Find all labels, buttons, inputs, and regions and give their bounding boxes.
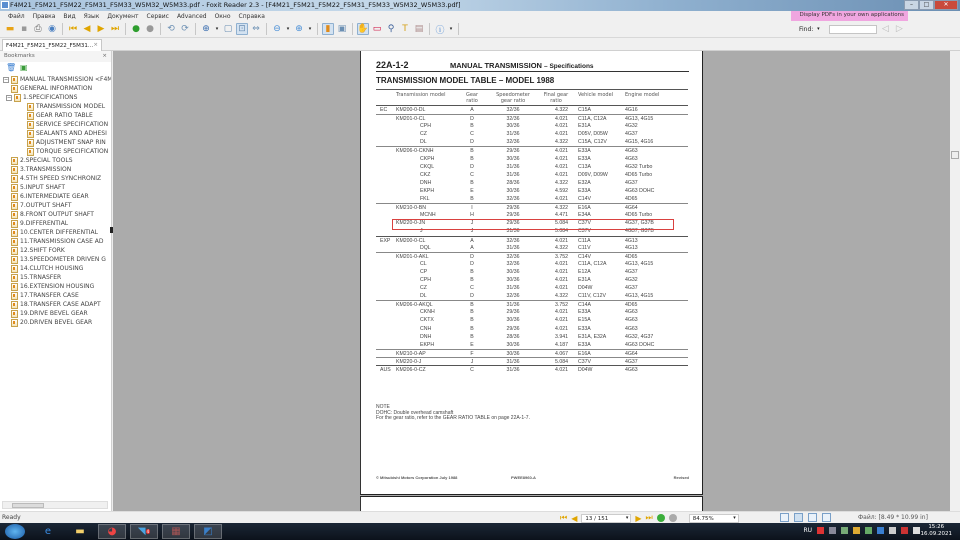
cell-vehicle: C14V — [578, 196, 591, 202]
chrome-icon[interactable]: ◕ — [98, 524, 126, 539]
cell-sub: CL — [420, 261, 427, 267]
clock[interactable]: 15:26 16.09.2021 — [921, 524, 953, 538]
cell-gear: B — [466, 148, 478, 154]
cell-engine: 4G32 — [625, 123, 638, 129]
continuous-page-icon[interactable] — [794, 513, 803, 522]
cell-gear: A — [466, 107, 478, 113]
table-row: KM206-0-CKNHB29/364.021E33A4G63 — [376, 146, 688, 154]
table-row: CZC31/364.021D05V, D05W4G37 — [376, 130, 688, 138]
bookmark-icon — [11, 292, 18, 300]
bookmark-item[interactable]: 8.FRONT OUTPUT SHAFT — [3, 210, 111, 219]
bookmark-item[interactable]: 9.DIFFERENTIAL — [3, 219, 111, 228]
cell-sub: CKZ — [420, 172, 430, 178]
bookmark-item[interactable]: TRANSMISSION MODEL — [3, 102, 111, 111]
cell-vehicle: E32A — [578, 180, 591, 186]
col-final-gear: Final gear ratio — [542, 92, 570, 104]
cell-final: 4.021 — [546, 156, 568, 162]
cell-speedo: 30/36 — [501, 351, 525, 357]
cell-speedo: 29/36 — [501, 326, 525, 332]
zoom-out-circle-icon[interactable]: ⊖ — [271, 23, 283, 35]
cell-vehicle: E34A — [578, 212, 591, 218]
zoom-in-icon[interactable]: ⊕ — [200, 23, 212, 35]
bookmark-tree: − MANUAL TRANSMISSION <F4M GENERAL INFOR… — [0, 75, 111, 327]
cell-vehicle: E33A — [578, 188, 591, 194]
cell-engine: 4D65 — [625, 254, 637, 260]
cell-sub: CPH — [420, 277, 431, 283]
bookmark-icon — [11, 265, 18, 273]
cell-final: 4.322 — [546, 180, 568, 186]
cell-engine: 4G15, 4G16 — [625, 139, 653, 145]
cell-gear: D — [466, 116, 478, 122]
cell-vehicle: D05V, D05W — [578, 131, 608, 137]
chevron-down-icon[interactable]: ▾ — [285, 23, 291, 35]
bookmark-item[interactable]: 15.TRNASFER — [3, 273, 111, 282]
page-title: MANUAL TRANSMISSION – Specifications — [450, 61, 594, 70]
bookmark-icon — [11, 229, 18, 237]
email-icon[interactable]: ◉ — [46, 23, 58, 35]
bookmark-icon — [11, 76, 18, 84]
cell-engine: 4G37 — [625, 285, 638, 291]
col-vehicle-model: Vehicle model — [578, 92, 618, 98]
cell-model: KM201-0-AKL — [396, 254, 429, 260]
rotate-left-icon[interactable]: ⟲ — [165, 23, 177, 35]
cell-final: 4.021 — [546, 326, 568, 332]
cell-engine: 4G37 — [625, 180, 638, 186]
collapse-icon[interactable]: − — [6, 95, 12, 101]
cell-gear: B — [466, 302, 478, 308]
cell-vehicle: C15A, C12V — [578, 139, 607, 145]
delete-bookmark-icon[interactable]: 🗑 — [6, 64, 14, 72]
cell-model: KM201-0-CL — [396, 116, 425, 122]
cell-gear: B — [466, 309, 478, 315]
table-row: KM201-0-CLD32/364.021C11A, C12A4G13, 4G1… — [376, 114, 688, 122]
cell-speedo: 31/36 — [501, 359, 525, 365]
image-icon[interactable]: ▤ — [413, 23, 425, 35]
add-bookmark-icon[interactable]: ▣ — [20, 64, 28, 72]
go-back-icon[interactable] — [657, 514, 665, 522]
cell-speedo: 30/36 — [501, 277, 525, 283]
action-center-icon — [901, 527, 908, 534]
bookmark-item[interactable]: 17.TRANSFER CASE — [3, 291, 111, 300]
cell-vehicle: C11A, C12A — [578, 261, 606, 267]
cell-model: KM206-0-AKQL — [396, 302, 433, 308]
collapse-icon[interactable]: − — [3, 77, 9, 83]
start-button[interactable] — [5, 524, 25, 539]
transmission-model-table: Transmission model Gear ratio Speedomete… — [376, 89, 688, 373]
document-tab[interactable]: F4M21_F5M21_F5M22_F5M31... × — [2, 39, 102, 51]
table-row: EKPHE30/364.187E33A4G63 DOHC — [376, 341, 688, 349]
cell-model: KM200-0-DL — [396, 107, 425, 113]
cell-gear: C — [466, 172, 478, 178]
bookmarks-hscrollbar[interactable] — [2, 501, 108, 509]
bookmark-item[interactable]: 13.SPEEDOMETER DRIVEN G — [3, 255, 111, 264]
go-back-icon[interactable]: ● — [130, 23, 142, 35]
menu-window[interactable]: Окно — [211, 13, 235, 20]
cell-vehicle: C11V, C12V — [578, 293, 606, 299]
internet-explorer-icon[interactable]: e — [34, 524, 62, 539]
first-page-icon[interactable]: ⏮ — [560, 513, 567, 523]
status-text: Ready — [2, 514, 21, 521]
bookmark-icon — [11, 211, 18, 219]
cell-speedo: 31/36 — [501, 302, 525, 308]
single-page-icon[interactable] — [780, 513, 789, 522]
cell-vehicle: D04W — [578, 367, 592, 373]
close-tab-icon[interactable]: × — [93, 42, 98, 48]
cell-final: 4.322 — [546, 293, 568, 299]
typewriter-icon[interactable]: ▭ — [371, 23, 383, 35]
cell-engine: 4G63 — [625, 156, 638, 162]
hand-icon[interactable]: ✋ — [357, 23, 369, 35]
bookmarks-header: Bookmarks × — [0, 51, 111, 62]
windows-taskbar: e ▬ ◕ ◥4 ▦ ◩ RU 15:26 16.09.2021 — [0, 523, 960, 540]
bookmark-item[interactable]: ADJUSTMENT SNAP RIN — [3, 138, 111, 147]
cell-final: 4.021 — [546, 269, 568, 275]
promo-banner[interactable]: Display PDFs in your own applications — [791, 11, 908, 21]
bookmark-item[interactable]: GENERAL INFORMATION — [3, 84, 111, 93]
bookmark-item[interactable]: 4.5TH SPEED SYNCHRONIZ — [3, 174, 111, 183]
cell-final: 4.592 — [546, 188, 568, 194]
cell-sub: DL — [420, 293, 427, 299]
bookmark-item[interactable]: 11.TRANSMISSION CASE AD — [3, 237, 111, 246]
zoom-in-circle-icon[interactable]: ⊕ — [293, 23, 305, 35]
cell-final: 3.752 — [546, 302, 568, 308]
menu-file[interactable]: Файл — [4, 13, 29, 20]
table-row: DNHB28/364.322E32A4G37 — [376, 179, 688, 187]
cell-final: 4.187 — [546, 342, 568, 348]
bookmark-icon — [27, 112, 34, 120]
cell-vehicle: E31A — [578, 277, 591, 283]
cell-speedo: 31/36 — [501, 245, 525, 251]
table-row: DLD32/364.322C11V, C12V4G13, 4G15 — [376, 292, 688, 300]
fit-page-icon[interactable]: ▢ — [222, 23, 234, 35]
cell-gear: A — [466, 238, 478, 244]
cell-model: KM210-0-BN — [396, 205, 426, 211]
cell-sub: DNH — [420, 334, 431, 340]
facing-page-icon[interactable] — [808, 513, 817, 522]
cell-gear: I — [466, 205, 478, 211]
next-page-icon[interactable]: ▶ — [635, 514, 641, 523]
col-speedometer: Speedometer gear ratio — [494, 92, 532, 104]
chevron-down-icon[interactable]: ▾ — [214, 23, 220, 35]
tray-app-icon — [877, 527, 884, 534]
bookmark-icon — [11, 202, 18, 210]
cell-vehicle: E33A — [578, 148, 591, 154]
text-icon[interactable]: T — [399, 23, 411, 35]
winrar-icon[interactable]: ▦ — [162, 524, 190, 539]
find-prev-icon[interactable]: ◁ — [879, 23, 891, 35]
cell-gear: D — [466, 254, 478, 260]
cell-region: AUS — [380, 367, 391, 373]
find-input[interactable] — [829, 25, 877, 34]
bookmark-icon — [11, 220, 18, 228]
bookmark-item[interactable]: −1.SPECIFICATIONS — [3, 93, 111, 102]
select-text-icon[interactable]: ▮ — [322, 23, 334, 35]
bookmark-icon — [11, 283, 18, 291]
continuous-facing-icon[interactable] — [822, 513, 831, 522]
cell-speedo: 29/36 — [501, 205, 525, 211]
bookmark-item[interactable]: TORQUE SPECIFICATION — [3, 147, 111, 156]
cell-speedo: 32/36 — [501, 293, 525, 299]
cell-speedo: 29/36 — [501, 309, 525, 315]
bookmark-item[interactable]: 18.TRANSFER CASE ADAPT — [3, 300, 111, 309]
cell-final: 4.021 — [546, 116, 568, 122]
cell-engine: 4G63 — [625, 148, 638, 154]
cell-sub: CKTX — [420, 317, 434, 323]
bookmark-item[interactable]: 16.EXTENSION HOUSING — [3, 282, 111, 291]
tray-app-icon — [865, 527, 872, 534]
cell-gear: B — [466, 156, 478, 162]
cell-final: 5.084 — [546, 359, 568, 365]
cell-sub: DQL — [420, 245, 431, 251]
table-row: CKZC31/364.021D09V, D09W4D65 Turbo — [376, 171, 688, 179]
cell-engine: 4D65 Turbo — [625, 172, 652, 178]
cell-engine: 4G63 — [625, 309, 638, 315]
bookmark-item[interactable]: 20.DRIVEN BEVEL GEAR — [3, 318, 111, 327]
cell-gear: B — [466, 326, 478, 332]
cell-final: 4.021 — [546, 277, 568, 283]
find-options-chevron-icon[interactable]: ▾ — [815, 23, 821, 35]
table-row: CPB30/364.021E12A4G37 — [376, 268, 688, 276]
cell-engine: 4G13, 4G15 — [625, 116, 653, 122]
table-row: CLD32/364.021C11A, C12A4G13, 4G15 — [376, 260, 688, 268]
menu-tools[interactable]: Сервис — [143, 13, 173, 20]
actual-size-icon[interactable]: ⇔ — [250, 23, 262, 35]
go-forward-icon[interactable]: ● — [144, 23, 156, 35]
menu-document[interactable]: Документ — [103, 13, 142, 20]
foxit-reader-icon[interactable]: ◩ — [194, 524, 222, 539]
tray-app-icon — [853, 527, 860, 534]
cell-vehicle: C11A, C12A — [578, 116, 606, 122]
bookmark-item[interactable]: 3.TRANSMISSION — [3, 165, 111, 174]
cell-final: 4.021 — [546, 172, 568, 178]
bookmark-item[interactable]: 6.INTERMEDIATE GEAR — [3, 192, 111, 201]
cell-speedo: 32/36 — [501, 254, 525, 260]
cell-speedo: 29/36 — [501, 148, 525, 154]
snapshot-icon[interactable]: ▣ — [336, 23, 348, 35]
bookmark-item[interactable]: 2.SPECIAL TOOLS — [3, 156, 111, 165]
cell-vehicle: E31A, E32A — [578, 334, 606, 340]
maximize-button[interactable]: □ — [919, 0, 934, 10]
cell-vehicle: C14V — [578, 254, 591, 260]
cell-engine: 4G64 — [625, 205, 638, 211]
cell-speedo: 30/36 — [501, 317, 525, 323]
cell-gear: E — [466, 188, 478, 194]
cell-gear: F — [466, 351, 478, 357]
menu-edit[interactable]: Правка — [29, 13, 60, 20]
cell-vehicle: E16A — [578, 351, 591, 357]
cell-gear: C — [466, 131, 478, 137]
cell-gear: C — [466, 285, 478, 291]
cell-speedo: 30/36 — [501, 123, 525, 129]
vertical-scrollbar[interactable] — [950, 51, 960, 511]
menu-advanced[interactable]: Advanced — [173, 13, 211, 20]
cell-engine: 4G63 DOHC — [625, 342, 654, 348]
cell-vehicle: E33A — [578, 156, 591, 162]
bookmark-icon — [27, 103, 34, 111]
cell-model: KM200-0-CL — [396, 238, 425, 244]
next-pdf-page — [360, 496, 703, 511]
cell-final: 4.021 — [546, 261, 568, 267]
page-number-input[interactable]: 13 / 151 — [581, 514, 631, 523]
cell-sub: CP — [420, 269, 427, 275]
bookmark-item[interactable]: 19.DRIVE BEVEL GEAR — [3, 309, 111, 318]
zoom-select[interactable]: 84.75% — [689, 514, 739, 523]
cell-model: KM206-0-CZ — [396, 367, 426, 373]
cell-gear: D — [466, 261, 478, 267]
chevron-down-icon[interactable]: ▾ — [307, 23, 313, 35]
bookmark-item[interactable]: 7.OUTPUT SHAFT — [3, 201, 111, 210]
telegram-icon[interactable]: ◥4 — [130, 524, 158, 539]
cell-vehicle: D04W — [578, 285, 592, 291]
close-button[interactable]: ✕ — [934, 0, 958, 10]
menu-help[interactable]: Справка — [235, 13, 269, 20]
cell-sub: CKNH — [420, 309, 435, 315]
bookmark-item[interactable]: 14.CLUTCH HOUSING — [3, 264, 111, 273]
cell-final: 4.021 — [546, 196, 568, 202]
bookmark-icon — [27, 121, 34, 129]
bookmark-icon — [11, 157, 18, 165]
bookmarks-title: Bookmarks — [4, 53, 35, 59]
print-icon[interactable]: ⎙ — [32, 23, 44, 35]
table-row: CKQLD31/364.021C13A4G32 Turbo — [376, 163, 688, 171]
bookmark-icon — [14, 94, 21, 102]
cell-sub: CPH — [420, 123, 431, 129]
bookmark-icon — [11, 175, 18, 183]
prev-page-icon[interactable]: ◀ — [571, 514, 577, 523]
menu-language[interactable]: Язык — [80, 13, 104, 20]
cell-vehicle: C37V — [578, 359, 591, 365]
cell-final: 4.322 — [546, 245, 568, 251]
info-icon[interactable]: ⓘ — [434, 23, 446, 35]
cell-sub: MCNH — [420, 212, 436, 218]
cell-speedo: 30/36 — [501, 342, 525, 348]
bookmarks-panel: Bookmarks × 🗑 ▣ − MANUAL TRANSMISSION <F… — [0, 51, 112, 511]
cell-speedo: 32/36 — [501, 116, 525, 122]
cell-final: 4.021 — [546, 309, 568, 315]
fit-width-icon[interactable]: ⊡ — [236, 23, 248, 35]
col-gear-ratio: Gear ratio — [460, 92, 484, 104]
status-bar: Ready ⏮ ◀ 13 / 151 ▶ ⏭ 84.75% Файл: [8.4… — [0, 511, 960, 523]
chevron-down-icon[interactable]: ▾ — [448, 23, 454, 35]
cell-vehicle: C11V — [578, 245, 591, 251]
cell-vehicle: C15A — [578, 107, 591, 113]
cell-engine: 4D65 — [625, 302, 637, 308]
open-icon[interactable]: ▬ — [4, 23, 16, 35]
cell-sub: CZ — [420, 285, 427, 291]
save-icon[interactable]: ▪ — [18, 23, 30, 35]
bookmark-icon — [11, 247, 18, 255]
table-row: ECKM200-0-DLA32/364.322C15A4G16 — [376, 106, 688, 114]
tray-app-icon — [841, 527, 848, 534]
cell-vehicle: E33A — [578, 309, 591, 315]
table-row: DLD32/364.322C15A, C12V4G15, 4G16 — [376, 138, 688, 146]
main-toolbar: ▬ ▪ ⎙ ◉ ⏮ ◀ ▶ ⏭ ● ● ⟲ ⟳ ⊕ ▾ ▢ ⊡ ⇔ ⊖ ▾ ⊕ … — [0, 21, 960, 38]
cell-speedo: 31/36 — [501, 131, 525, 137]
cell-engine: 4G64 — [625, 351, 638, 357]
cell-gear: B — [466, 277, 478, 283]
bookmark-item[interactable]: GEAR RATIO TABLE — [3, 111, 111, 120]
cell-speedo: 31/36 — [501, 172, 525, 178]
cell-final: 4.067 — [546, 351, 568, 357]
cell-engine: 4G37 — [625, 359, 638, 365]
cell-final: 4.021 — [546, 238, 568, 244]
cell-speedo: 32/36 — [501, 139, 525, 145]
cell-vehicle: E33A — [578, 326, 591, 332]
bookmark-root[interactable]: − MANUAL TRANSMISSION <F4M — [3, 75, 111, 84]
cell-engine: 4D65 Turbo — [625, 212, 652, 218]
cell-sub: EKPH — [420, 342, 434, 348]
minimize-button[interactable]: – — [904, 0, 919, 10]
cell-vehicle: E31A — [578, 123, 591, 129]
cell-engine: 4G13, 4G15 — [625, 293, 653, 299]
last-page-icon[interactable]: ⏭ — [646, 513, 653, 523]
first-page-icon[interactable]: ⏮ — [67, 23, 79, 35]
table-row: EXPKM200-0-CLA32/364.021C11A4G13 — [376, 236, 688, 244]
bookmark-icon — [11, 274, 18, 282]
cell-sub: DL — [420, 139, 427, 145]
next-page-icon[interactable]: ▶ — [95, 23, 107, 35]
find-icon[interactable]: ⚲ — [385, 23, 397, 35]
cell-sub: CKPH — [420, 156, 434, 162]
cell-gear: B — [466, 269, 478, 275]
cell-gear: B — [466, 334, 478, 340]
cell-engine: 4G63 DOHC — [625, 188, 654, 194]
cell-gear: D — [466, 164, 478, 170]
go-forward-icon[interactable] — [669, 514, 677, 522]
cell-engine: 4G32 Turbo — [625, 164, 652, 170]
cell-vehicle: E15A — [578, 317, 591, 323]
bookmark-icon — [11, 238, 18, 246]
cell-gear: B — [466, 123, 478, 129]
cell-model: KM210-0-AP — [396, 351, 426, 357]
file-explorer-icon[interactable]: ▬ — [66, 524, 94, 539]
table-row: KM220-0-JJ31/365.084C37V4G37 — [376, 357, 688, 365]
document-tabs: F4M21_F5M21_F5M22_F5M31... × — [0, 38, 960, 51]
cell-gear: A — [466, 245, 478, 251]
cell-gear: E — [466, 342, 478, 348]
menu-view[interactable]: Вид — [59, 13, 79, 20]
find-next-icon[interactable]: ▷ — [893, 23, 905, 35]
prev-page-icon[interactable]: ◀ — [81, 23, 93, 35]
foxit-app-icon — [1, 1, 9, 9]
cell-vehicle: C14A — [578, 302, 591, 308]
bookmark-item[interactable]: 12.SHIFT FORK — [3, 246, 111, 255]
cell-vehicle: D09V, D09W — [578, 172, 608, 178]
cell-final: 3.752 — [546, 254, 568, 260]
bookmark-icon — [11, 184, 18, 192]
cell-speedo: 32/36 — [501, 107, 525, 113]
table-row: KM210-0-APF30/364.067E16A4G64 — [376, 349, 688, 357]
cell-final: 4.322 — [546, 139, 568, 145]
cell-sub: CKQL — [420, 164, 434, 170]
bookmark-item[interactable]: 10.CENTER DIFFERENTIAL — [3, 228, 111, 237]
bookmark-icon — [11, 319, 18, 327]
table-row: AUSKM206-0-CZC31/364.021D04W4G63 — [376, 365, 688, 373]
cell-vehicle: C11A — [578, 238, 591, 244]
cell-model: KM206-0-CKNH — [396, 148, 433, 154]
bookmark-item[interactable]: 5.INPUT SHAFT — [3, 183, 111, 192]
cell-speedo: 32/36 — [501, 196, 525, 202]
cell-engine: 4G16 — [625, 107, 638, 113]
bookmark-item[interactable]: SERVICE SPECIFICATION — [3, 120, 111, 129]
rotate-right-icon[interactable]: ⟳ — [179, 23, 191, 35]
close-panel-icon[interactable]: × — [102, 53, 107, 59]
cell-region: EXP — [380, 238, 390, 244]
last-page-icon[interactable]: ⏭ — [109, 23, 121, 35]
page-notes: NOTE DOHC: Double overhead camshaft For … — [376, 405, 530, 422]
bookmark-item[interactable]: SEALANTS AND ADHESI — [3, 129, 111, 138]
language-indicator[interactable]: RU — [803, 527, 812, 534]
